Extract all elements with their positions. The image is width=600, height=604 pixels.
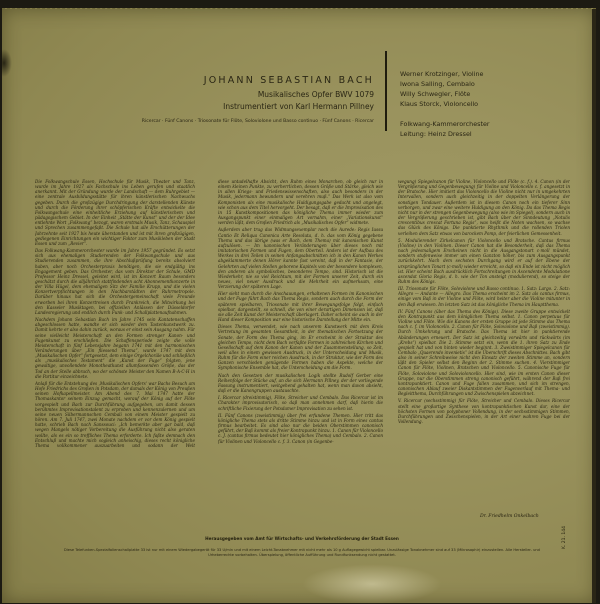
paragraph: III. Triosonate für Flöte, Soloviolone u…	[398, 286, 570, 307]
paragraph: IV. Fünf Canons (über das Thema des Köni…	[398, 309, 570, 397]
smudge-mark	[0, 49, 12, 77]
performer: Werner Krotzinger, Violine	[400, 69, 490, 79]
legal-notice: Diese Telefunken-Spezialfolienschallplat…	[52, 548, 552, 558]
liner-notes-column-1: Die Folkwangschule Essen, Hochschule für…	[35, 179, 195, 447]
work-title: Musikalisches Opfer BWV 1079	[32, 90, 374, 99]
paragraph: V. Ricercar (sechsstimmig) für Flöte, St…	[398, 398, 570, 424]
paragraph: II. Fünf Canons (zweistimmig) über frei …	[218, 413, 383, 444]
paragraph: Anlaß für die Entstehung des ,Musikalisc…	[35, 381, 195, 447]
header-divider	[385, 51, 387, 131]
paragraph: Das Folkwang-Kammerorchester wurde im Ja…	[35, 248, 195, 315]
program-listing: Ricercar · Fünf Canons · Triosonate für …	[32, 119, 374, 124]
ensemble-name: Folkwang-Kammerorchester	[400, 119, 490, 129]
paragraph: Dieses Thema, verwendet, wie nach unsere…	[218, 324, 383, 370]
paragraph: Die Folkwangschule Essen, Hochschule für…	[35, 179, 195, 246]
liner-notes-column-2: diese untadelhafte Absicht, den Ruhm ein…	[218, 179, 383, 479]
album-header: JOHANN SEBASTIAN BACH Musikalisches Opfe…	[32, 75, 374, 111]
catalog-number: K. 21. 144	[562, 526, 567, 549]
performer: Klaus Storck, Violoncello	[400, 99, 490, 109]
performer: Willy Schwegler, Flöte	[400, 89, 490, 99]
sleeve-edge	[592, 9, 596, 603]
publisher-credit: Herausgegeben vom Amt für Wirtschafts- u…	[32, 536, 572, 541]
paragraph: wegung) Spiegelcanon für Violine, Violon…	[398, 179, 570, 236]
composer-name: JOHANN SEBASTIAN BACH	[32, 75, 374, 86]
paragraph: Außerdem aber trug das Widmungsexemplar …	[218, 227, 383, 289]
paragraph: Nachdem Johann Sebastian Bach im Jahre 1…	[35, 317, 195, 379]
light-glare	[302, 564, 442, 604]
paragraph: Hier sieht man durch die Anschauungen, e…	[218, 291, 383, 322]
paragraph: Nach den Gesetzen der musikalischen Logi…	[218, 373, 383, 394]
author-signature: Dr. Friedhelm Onkelbach	[480, 514, 539, 519]
conductor-credit: Leitung: Heinz Dressel	[400, 129, 490, 139]
liner-notes-column-3: wegung) Spiegelcanon für Violine, Violon…	[398, 179, 570, 517]
performers-list: Werner Krotzinger, Violine Iwona Salling…	[400, 69, 490, 139]
performer: Iwona Salling, Cembalo	[400, 79, 490, 89]
paragraph: diese untadelhafte Absicht, den Ruhm ein…	[218, 179, 383, 225]
paragraph: 5. Modulierender Zirkelcanon für Violonc…	[398, 238, 570, 284]
arranger-credit: Instrumentiert von Karl Hermann Pillney	[32, 102, 374, 111]
liner-notes: Die Folkwangschule Essen, Hochschule für…	[35, 179, 571, 524]
paragraph: I. Ricercar (dreistimmig), Flöte, Streic…	[218, 395, 383, 410]
album-back-cover: JOHANN SEBASTIAN BACH Musikalisches Opfe…	[2, 8, 596, 603]
